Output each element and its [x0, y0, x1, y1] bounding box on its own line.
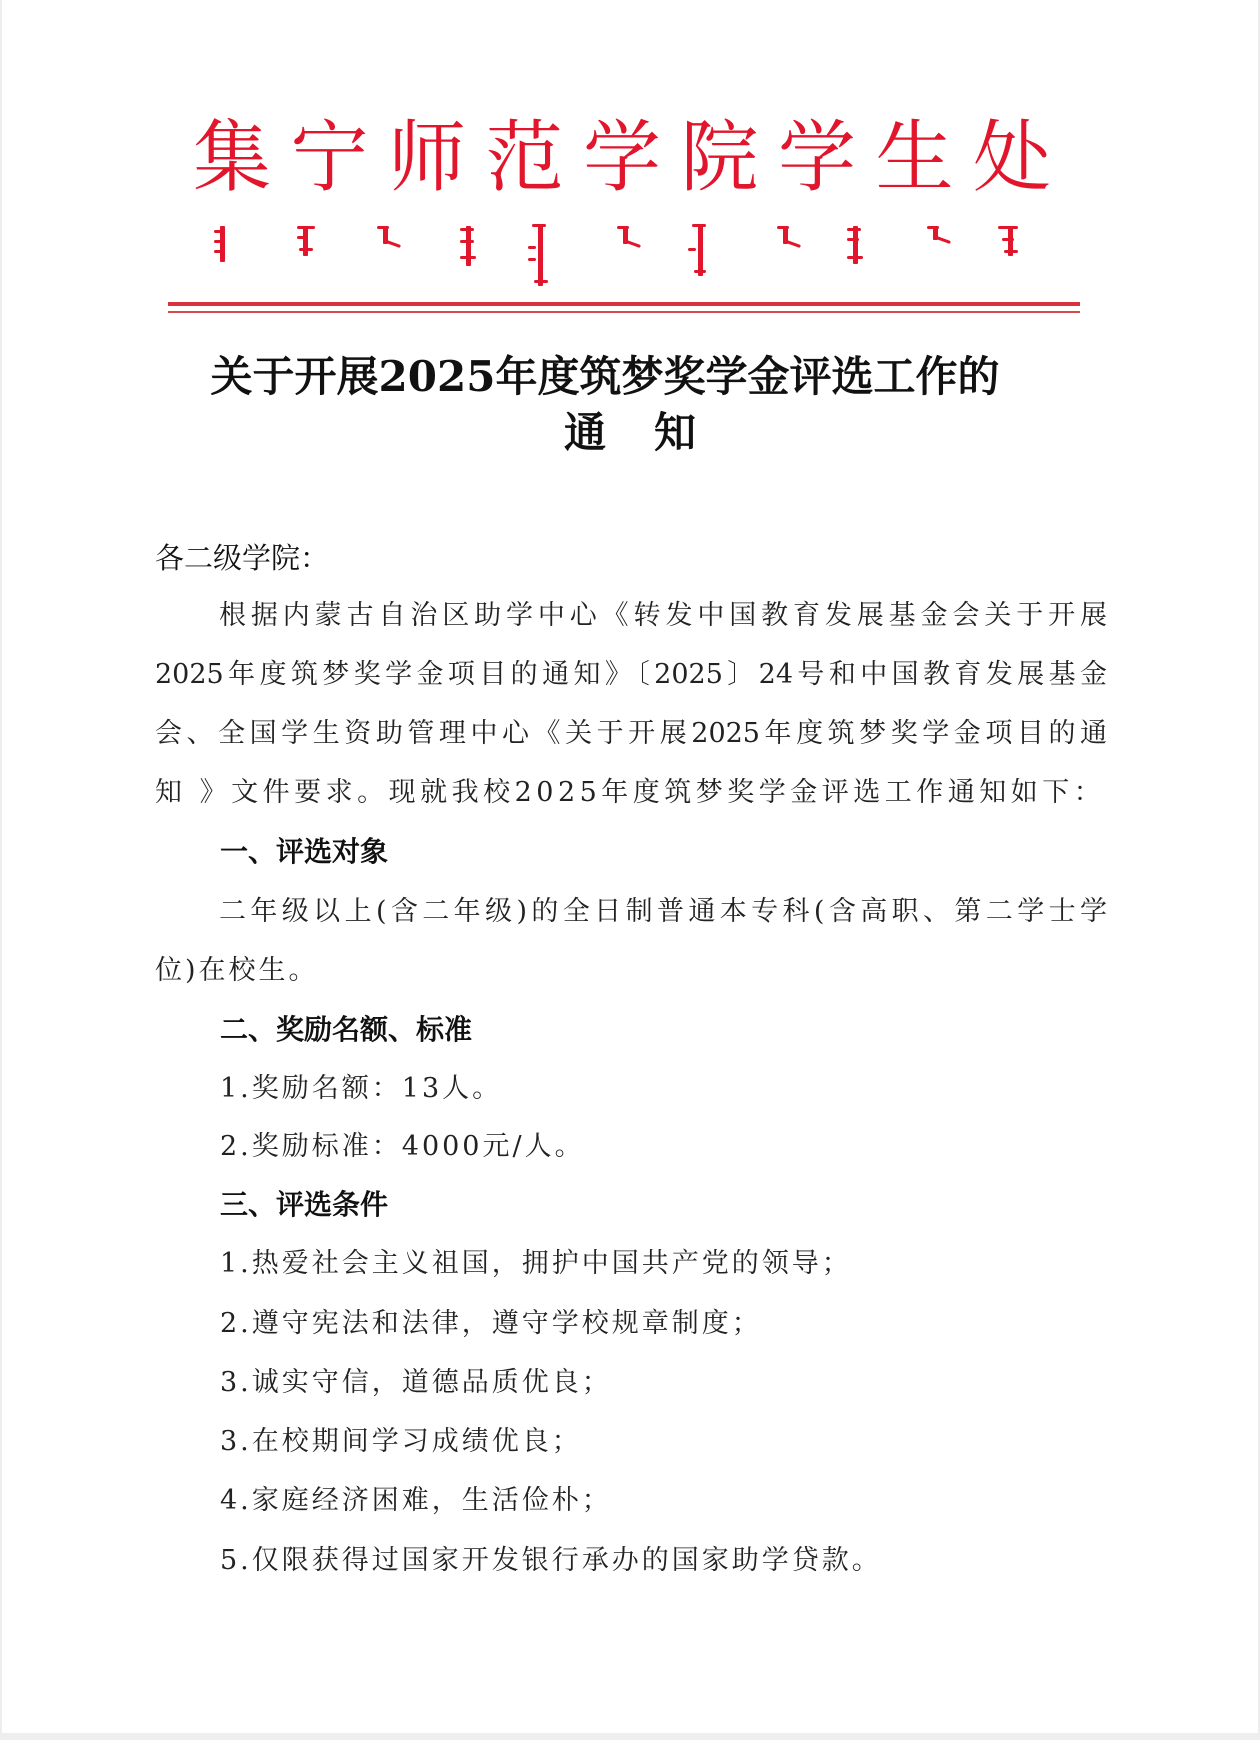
intro-line: 会、全国学生资助管理中心《关于开展2025年度筑梦奖学金项目的通 [155, 714, 1107, 754]
document-title-notice: 通知 [0, 408, 1260, 458]
letterhead-char: 处 [972, 108, 1052, 208]
intro-line: 根据内蒙古自治区助学中心《转发中国教育发展基金会关于开展 [219, 596, 1107, 636]
section-heading-criteria: 三、评选条件 [220, 1185, 388, 1225]
letterhead-char: 宁 [290, 108, 370, 208]
section-text-line: 位)在校生。 [155, 951, 319, 991]
section-heading-quota-standard: 二、奖励名额、标准 [220, 1010, 472, 1050]
letterhead-divider-thick [168, 302, 1080, 306]
letterhead-char: 范 [485, 108, 565, 208]
list-item: 2.奖励标准：4000元/人。 [220, 1127, 585, 1167]
list-item: 4.家庭经济困难，生活俭朴； [220, 1481, 612, 1521]
letterhead-char: 生 [875, 108, 955, 208]
document-title: 关于开展2025年度筑梦奖学金评选工作的 [2, 352, 1208, 402]
section-text-line: 二年级以上(含二年级)的全日制普通本专科(含高职、第二学士学 [219, 892, 1107, 932]
mongolian-script-subtitle [192, 222, 1052, 292]
letterhead-title: 集 宁 师 范 学 院 学 生 处 [192, 108, 1052, 208]
list-item: 3.诚实守信，道德品质优良； [220, 1363, 612, 1403]
letterhead-char: 师 [387, 108, 467, 208]
letterhead-char: 院 [680, 108, 760, 208]
intro-line: 知 》文件要求。现就我校2025年度筑梦奖学金评选工作通知如下： [155, 773, 1055, 813]
salutation: 各二级学院： [155, 538, 329, 578]
letterhead-divider-thin [168, 311, 1080, 313]
letterhead-char: 学 [582, 108, 662, 208]
section-heading-eligibility: 一、评选对象 [220, 832, 388, 872]
intro-line: 2025年度筑梦奖学金项目的通知》〔2025〕24号和中国教育发展基金 [155, 655, 1107, 695]
list-item: 2.遵守宪法和法律，遵守学校规章制度； [220, 1304, 762, 1344]
list-item: 1.热爱社会主义祖国，拥护中国共产党的领导； [220, 1244, 852, 1284]
list-item: 1.奖励名额：13人。 [220, 1069, 502, 1109]
list-item: 3.在校期间学习成绩优良； [220, 1422, 582, 1462]
list-item: 5.仅限获得过国家开发银行承办的国家助学贷款。 [220, 1541, 882, 1581]
letterhead-char: 集 [192, 108, 272, 208]
document-page: 集 宁 师 范 学 院 学 生 处 [2, 0, 1258, 1733]
letterhead-char: 学 [777, 108, 857, 208]
